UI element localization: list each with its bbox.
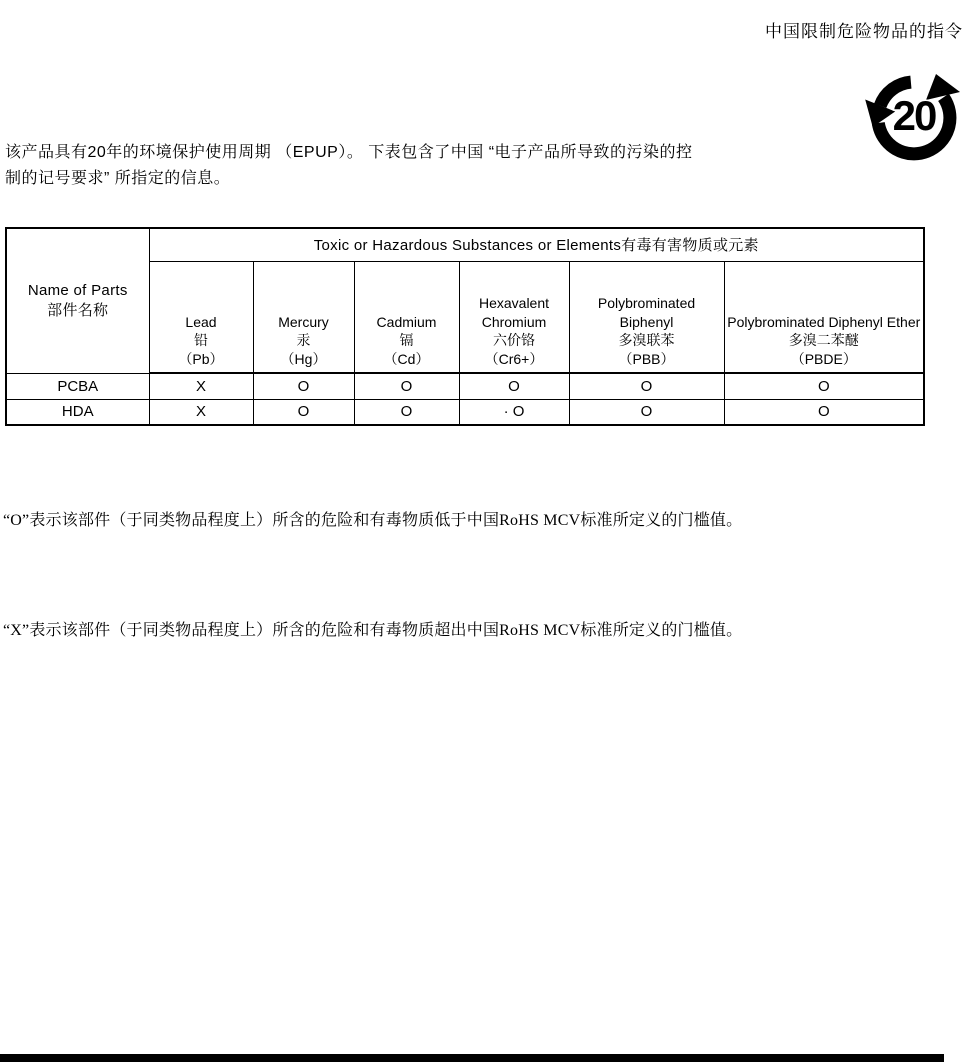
column-label-en: Polybrominated Diphenyl Ether (727, 313, 922, 331)
page-edge-scan-bar (0, 1054, 944, 1062)
name-of-parts-en: Name of Parts (9, 281, 147, 301)
name-of-parts-zh: 部件名称 (9, 301, 147, 321)
column-header-polybrominated-biphenyl: Polybrominated Biphenyl 多溴联苯 （PBB） (569, 261, 724, 373)
column-label-formula: （PBDE） (727, 350, 922, 368)
value-cell: X (149, 399, 253, 425)
value-cell: O (253, 373, 354, 399)
column-header-polybrominated-diphenyl-ether: Polybrominated Diphenyl Ether 多溴二苯醚 （PBD… (724, 261, 924, 373)
value-cell: O (459, 373, 569, 399)
part-name-cell: HDA (6, 399, 149, 425)
column-label-zh: 铅 (152, 331, 251, 349)
document-page: 中国限制危险物品的指令 20 该产品具有20年的环境保护使用周期 （EPUP）。… (0, 0, 973, 1064)
table-row-hda: HDA X O O · O O O (6, 399, 924, 425)
column-label-formula: （Cr6+） (462, 350, 567, 368)
column-label-formula: （Pb） (152, 350, 251, 368)
intro-paragraph: 该产品具有20年的环境保护使用周期 （EPUP）。 下表包含了中国 “电子产品所… (5, 140, 885, 192)
value-cell: O (253, 399, 354, 425)
column-label-zh: 多溴二苯醚 (727, 331, 922, 349)
hazardous-substances-table: Name of Parts 部件名称 Toxic or Hazardous Su… (5, 227, 925, 426)
column-label-formula: （Hg） (256, 350, 352, 368)
document-title: 中国限制危险物品的指令 (765, 17, 963, 42)
column-label-en: Polybrominated Biphenyl (572, 294, 722, 331)
o-definition-note: “O”表示该部件（于同类物品程度上）所含的危险和有毒物质低于中国RoHS MCV… (3, 507, 903, 530)
column-label-en: Lead (152, 313, 251, 331)
span-header-toxic-substances: Toxic or Hazardous Substances or Element… (149, 228, 924, 261)
column-label-en: Hexavalent Chromium (462, 294, 567, 331)
column-label-en: Cadmium (357, 313, 457, 331)
value-cell: O (724, 399, 924, 425)
value-cell: X (149, 373, 253, 399)
x-definition-note: “X”表示该部件（于同类物品程度上）所含的危险和有毒物质超出中国RoHS MCV… (3, 617, 903, 640)
column-label-zh: 六价铬 (462, 331, 567, 349)
column-label-zh: 镉 (357, 331, 457, 349)
column-label-zh: 多溴联苯 (572, 331, 722, 349)
value-cell: O (724, 373, 924, 399)
column-header-lead: Lead 铅 （Pb） (149, 261, 253, 373)
value-cell: O (354, 399, 459, 425)
column-header-mercury: Mercury 汞 （Hg） (253, 261, 354, 373)
part-name-cell: PCBA (6, 373, 149, 399)
intro-line-2: 制的记号要求” 所指定的信息。 (5, 166, 885, 192)
epup-years-label: 20 (893, 92, 936, 139)
column-label-zh: 汞 (256, 331, 352, 349)
value-cell: O (569, 399, 724, 425)
table-row-pcba: PCBA X O O O O O (6, 373, 924, 399)
column-label-formula: （Cd） (357, 350, 457, 368)
column-label-formula: （PBB） (572, 350, 722, 368)
value-cell: · O (459, 399, 569, 425)
column-header-name-of-parts: Name of Parts 部件名称 (6, 228, 149, 373)
column-label-en: Mercury (256, 313, 352, 331)
intro-line-1: 该产品具有20年的环境保护使用周期 （EPUP）。 下表包含了中国 “电子产品所… (5, 140, 885, 166)
value-cell: O (354, 373, 459, 399)
column-header-cadmium: Cadmium 镉 （Cd） (354, 261, 459, 373)
value-cell: O (569, 373, 724, 399)
column-header-hexavalent-chromium: Hexavalent Chromium 六价铬 （Cr6+） (459, 261, 569, 373)
